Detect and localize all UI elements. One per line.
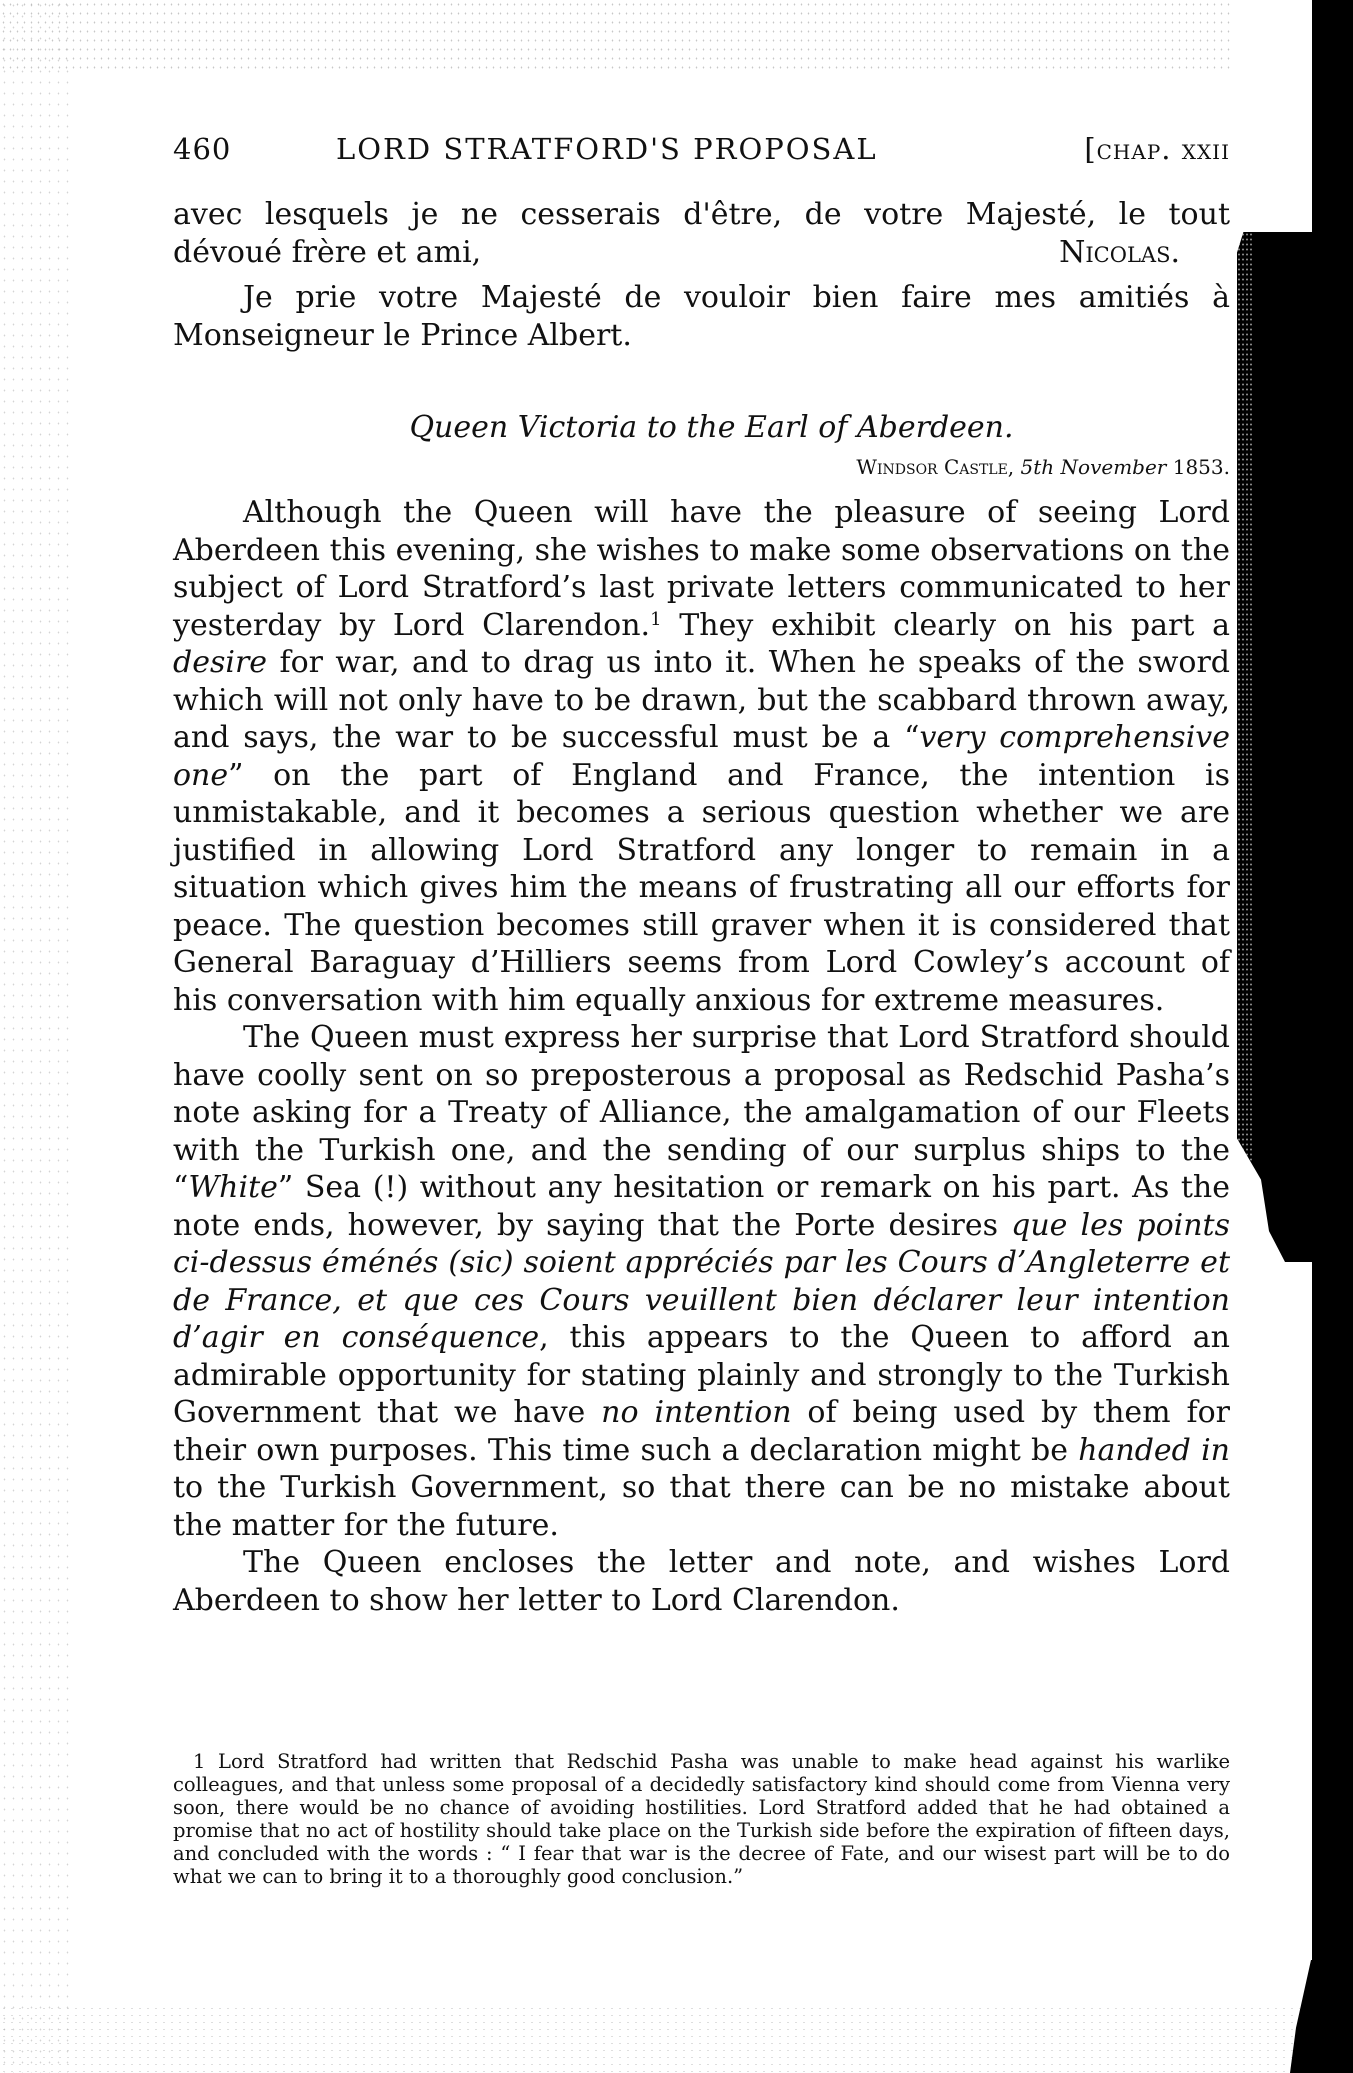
dateline-day: 5th November: [1021, 455, 1167, 479]
text-run: ” on the part of England and France, the…: [173, 758, 1230, 1018]
paragraph: Although the Queen will have the pleasur…: [173, 494, 1230, 1019]
binding-edge-shadow-inner: [1237, 232, 1317, 1262]
letter-close-line-2: dévoué frère et ami, Nicolas.: [173, 234, 1230, 272]
text-run: They exhibit clearly on his part a: [662, 608, 1230, 643]
letter-heading: Queen Victoria to the Earl of Aberdeen.: [173, 410, 1230, 445]
text-run: The Queen encloses the letter and note, …: [173, 1545, 1230, 1618]
dateline-place: Windsor Castle,: [856, 455, 1014, 479]
footnote-marker: 1: [193, 1750, 205, 1773]
scan-noise-bottom: [0, 2005, 1300, 2073]
italic-text: no intention: [601, 1395, 791, 1430]
letter-close-block: avec lesquels je ne cesserais d'être, de…: [173, 196, 1230, 354]
scan-noise-left: [0, 0, 70, 2073]
running-head: 460 LORD STRATFORD'S PROPOSAL [chap. xxi…: [173, 132, 1230, 172]
text-run: to the Turkish Government, so that there…: [173, 1470, 1230, 1543]
signature: Nicolas.: [1059, 234, 1180, 272]
footnote: 1 Lord Stratford had written that Redsch…: [173, 1750, 1230, 1888]
scan-noise-top: [0, 0, 1230, 70]
paragraph: The Queen must express her surprise that…: [173, 1019, 1230, 1544]
binding-edge-shadow: [1312, 0, 1353, 2073]
dateline: Windsor Castle, 5th November 1853.: [856, 455, 1230, 479]
running-title: LORD STRATFORD'S PROPOSAL: [336, 132, 878, 166]
italic-text: handed in: [1078, 1433, 1230, 1468]
letter-close-line-1: avec lesquels je ne cesserais d'être, de…: [173, 196, 1230, 234]
italic-text: White: [188, 1170, 278, 1205]
postscript: Je prie votre Majesté de vouloir bien fa…: [173, 279, 1230, 354]
footnote-reference: 1: [650, 609, 661, 630]
footnote-text: Lord Stratford had written that Redschid…: [173, 1750, 1230, 1888]
page-number: 460: [173, 132, 231, 166]
closing-phrase: dévoué frère et ami,: [173, 234, 481, 272]
paragraph: The Queen encloses the letter and note, …: [173, 1544, 1230, 1619]
chapter-label: [chap. xxii: [1084, 132, 1230, 166]
dateline-year: 1853.: [1173, 455, 1230, 479]
letter-body: Although the Queen will have the pleasur…: [173, 494, 1230, 1619]
italic-text: desire: [173, 645, 267, 680]
footnotes: 1 Lord Stratford had written that Redsch…: [173, 1750, 1230, 1888]
